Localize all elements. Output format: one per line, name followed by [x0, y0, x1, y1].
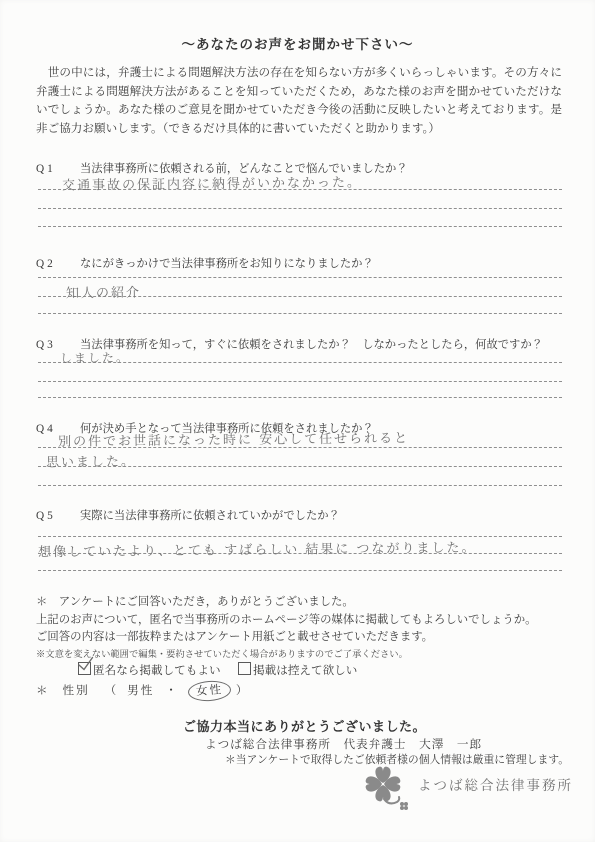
- question-text: 当法律事務所を知って，すぐに依頼をされましたか？ しなかったとしたら，何故ですか…: [80, 339, 543, 351]
- handwritten-answer-q5: 想像していたより、とても すばらしい 結果に つながりました。: [38, 537, 477, 561]
- footer-logo-firm-name: よつば総合法律事務所: [418, 774, 573, 794]
- answer-line: [38, 381, 562, 382]
- footer-firm-representative: よつば総合法律事務所 代表弁護士 大澤 一郎: [205, 736, 482, 752]
- handwritten-answer-q2: 知人の紹介: [66, 282, 141, 302]
- paren-close: ）: [236, 684, 250, 697]
- question-2: Q2なにがきっかけで当法律事務所をお知りになりましたか？: [36, 255, 564, 271]
- option-label: 匿名なら掲載してもよい: [93, 664, 221, 677]
- question-number: Q5: [36, 510, 80, 522]
- question-text: 実際に当法律事務所に依頼されていかがでしたか？: [80, 510, 340, 522]
- consent-line-3: ご回答の内容は一部抜粋またはアンケート用紙ごと載せさせていただきます。: [36, 628, 566, 644]
- checkbox-checked-icon[interactable]: [78, 662, 91, 675]
- question-number: Q2: [36, 258, 80, 270]
- answer-line: [38, 536, 562, 537]
- option-label: 掲載は控えて欲しい: [253, 664, 357, 677]
- page-title: 〜あなたのお声をお聞かせ下さい〜: [0, 33, 595, 53]
- consent-line-2: 上記のお声について，匿名で当事務所のホームページ等の媒体に掲載してもよろしいでし…: [36, 611, 566, 627]
- gender-label: 性別: [63, 684, 90, 697]
- question-text: なにがきっかけで当法律事務所をお知りになりましたか？: [80, 258, 374, 270]
- handwritten-answer-q4-line2: 思いました。: [46, 451, 136, 471]
- handwritten-answer-q1: 交通事故の保証内容に納得がいかなかった。: [62, 171, 362, 193]
- question-5: Q5実際に当法律事務所に依頼されていかがでしたか？: [36, 507, 564, 523]
- answer-line: [38, 397, 562, 398]
- gender-option-male[interactable]: 男性: [127, 684, 154, 697]
- answer-line: [38, 226, 562, 227]
- answer-line: [38, 485, 562, 486]
- consent-thanks-line: ＊ アンケートにご回答いただき，ありがとうございました。: [36, 593, 566, 609]
- intro-paragraph: 世の中には，弁護士による問題解決方法の存在を知らない方が多くいらっしゃいます。そ…: [36, 64, 562, 138]
- footer-thanks: ご協力本当にありがとうございました。: [183, 716, 426, 735]
- paren-open: （: [105, 684, 119, 697]
- handwritten-answer-q3: しました。: [60, 349, 130, 367]
- option-no-publish[interactable]: 掲載は控えて欲しい: [238, 662, 357, 678]
- question-number: Q1: [36, 163, 80, 175]
- option-publish-anonymous[interactable]: 匿名なら掲載してもよい: [78, 662, 221, 678]
- gender-option-female-circled[interactable]: 女性: [187, 680, 231, 703]
- handwritten-answer-q4-line1: 別の件でお世話になった時に 安心して任せられると: [58, 427, 409, 450]
- answer-line: [38, 313, 562, 314]
- gender-marker: ＊: [36, 684, 50, 697]
- answer-line: [38, 208, 562, 209]
- survey-sheet: 〜あなたのお声をお聞かせ下さい〜 世の中には，弁護士による問題解決方法の存在を知…: [0, 0, 595, 842]
- gender-row: ＊ 性別 （ 男性 ・ 女性 ）: [36, 681, 249, 701]
- answer-line: [38, 570, 562, 571]
- checkbox-empty-icon[interactable]: [238, 662, 251, 675]
- gender-separator: ・: [165, 684, 179, 697]
- four-leaf-clover-icon: [358, 760, 410, 815]
- answer-line: [38, 277, 562, 278]
